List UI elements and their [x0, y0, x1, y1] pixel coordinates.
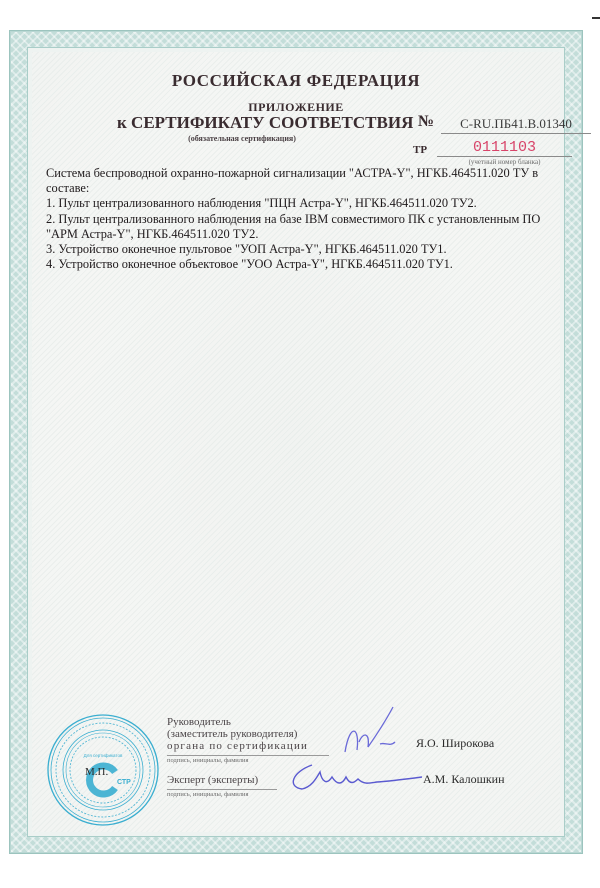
list-item: 2. Пульт централизованного наблюдения на…	[46, 212, 566, 242]
head-role-line: (заместитель руководителя)	[167, 728, 308, 740]
certificate-number: C-RU.ПБ41.В.01340	[441, 116, 591, 134]
number-sign: №	[418, 113, 434, 131]
form-number: 0111103	[437, 139, 572, 157]
seal-logo: СТР	[117, 779, 131, 786]
certification-type: (обязательная сертификация)	[32, 134, 452, 143]
expert-signature	[282, 757, 422, 797]
form-number-caption: (учетный номер бланка)	[437, 158, 572, 166]
head-role: Руководитель (заместитель руководителя) …	[167, 716, 308, 752]
country-title: РОССИЙСКАЯ ФЕДЕРАЦИЯ	[32, 71, 560, 91]
head-role-line: органа по сертификации	[167, 740, 308, 752]
stamp-mark: М.П.	[85, 766, 108, 778]
list-item: 4. Устройство оконечное объектовое "УОО …	[46, 257, 566, 272]
system-intro: Система беспроводной охранно-пожарной си…	[46, 166, 566, 196]
expert-role: Эксперт (эксперты)	[167, 774, 258, 786]
head-signature	[335, 702, 425, 762]
head-role-line: Руководитель	[167, 716, 308, 728]
head-signature-caption: подпись, инициалы, фамилия	[167, 757, 249, 764]
tr-label: ТР	[413, 144, 427, 156]
seal-inner-text: Для сертификатов	[84, 753, 123, 758]
certificate-title: к СЕРТИФИКАТУ СООТВЕТСТВИЯ	[117, 113, 413, 133]
head-name: Я.О. Широкова	[416, 736, 494, 751]
expert-signature-line	[167, 789, 277, 790]
certificate-body: Система беспроводной охранно-пожарной си…	[46, 166, 566, 272]
paper-area: РОССИЙСКАЯ ФЕДЕРАЦИЯ ПРИЛОЖЕНИЕ к СЕРТИФ…	[32, 52, 560, 832]
scan-artifact-dash	[592, 17, 600, 19]
head-signature-line	[167, 755, 329, 756]
inner-frame: РОССИЙСКАЯ ФЕДЕРАЦИЯ ПРИЛОЖЕНИЕ к СЕРТИФ…	[27, 47, 565, 837]
list-item: 1. Пульт централизованного наблюдения "П…	[46, 196, 566, 211]
list-item: 3. Устройство оконечное пультовое "УОП А…	[46, 242, 566, 257]
certificate-sheet: РОССИЙСКАЯ ФЕДЕРАЦИЯ ПРИЛОЖЕНИЕ к СЕРТИФ…	[10, 31, 582, 853]
expert-signature-caption: подпись, инициалы, фамилия	[167, 791, 249, 798]
official-seal: Для сертификатов СТР М.П.	[45, 712, 161, 828]
expert-name: А.М. Калошкин	[423, 772, 505, 787]
